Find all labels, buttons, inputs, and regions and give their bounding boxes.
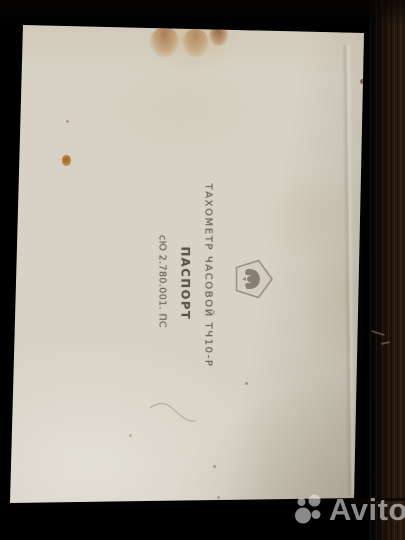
document-title: ТАХОМЕТР ЧАСОВОЙ ТЧ10-Р xyxy=(197,176,220,376)
avito-logo-icon xyxy=(294,494,326,526)
paper-speck xyxy=(245,382,248,385)
rust-stain xyxy=(150,27,179,57)
paper-speck xyxy=(217,496,220,499)
document-type: ПАСПОРТ xyxy=(174,184,197,384)
wood-lighter-plank xyxy=(367,0,405,540)
paper-fold-crease xyxy=(342,45,357,495)
passport-document-paper: ТАХОМЕТР ЧАСОВОЙ ТЧ10-Р ПАСПОРТ сЮ 2.780… xyxy=(0,0,405,540)
watermark-text: Avito xyxy=(329,495,405,525)
rust-stain xyxy=(182,29,209,57)
paper-speck xyxy=(129,434,132,437)
document-text-block: ТАХОМЕТР ЧАСОВОЙ ТЧ10-Р ПАСПОРТ сЮ 2.780… xyxy=(151,176,220,376)
document-number: сЮ 2.780.001. ПС xyxy=(151,182,174,382)
quality-mark-stamp-icon xyxy=(229,255,277,303)
wood-top-shade xyxy=(0,0,405,26)
paper-speck xyxy=(66,120,69,123)
orange-crumb-stain xyxy=(62,155,71,166)
avito-watermark: Avito xyxy=(294,494,405,526)
paper-speck xyxy=(213,465,216,468)
photo-scene: ТАХОМЕТР ЧАСОВОЙ ТЧ10-Р ПАСПОРТ сЮ 2.780… xyxy=(0,0,405,540)
